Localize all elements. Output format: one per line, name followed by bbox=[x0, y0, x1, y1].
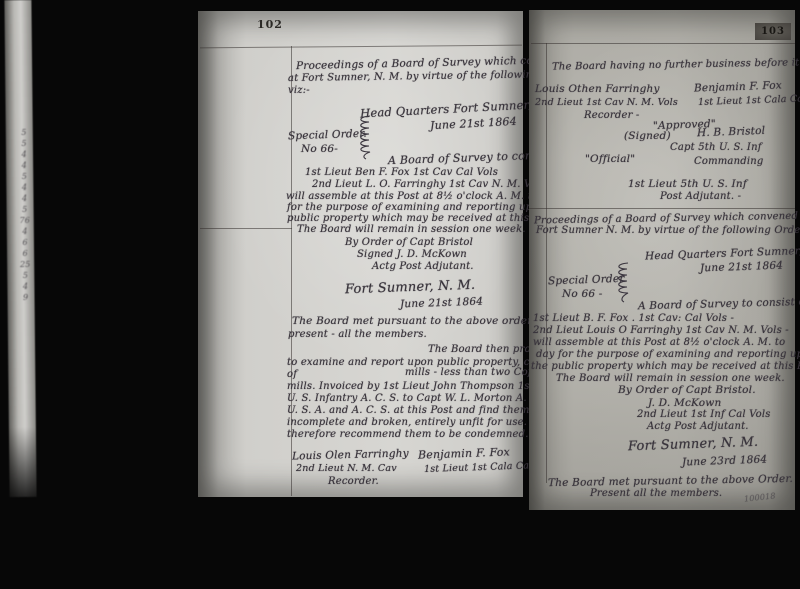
edge-number: 4 bbox=[16, 150, 32, 159]
left-signature-recorder-rank: 2nd Lieut N. M. Cav bbox=[296, 463, 397, 474]
edge-number: 76 bbox=[17, 216, 33, 225]
left-proceed-line: U. S. A. and A. C. S. at this Post and f… bbox=[287, 405, 559, 416]
edge-number: 5 bbox=[17, 271, 33, 280]
right-met-line: Present all the members. bbox=[590, 488, 722, 499]
right-by-order-adjutant: Actg Post Adjutant. bbox=[647, 421, 749, 432]
section-divider-right bbox=[529, 208, 795, 209]
right-by-order-signed: J. D. McKown bbox=[648, 397, 721, 409]
right-order-line: day for the purpose of examining and rep… bbox=[536, 349, 800, 360]
edge-number: 4 bbox=[17, 227, 33, 236]
flourish-coil bbox=[356, 113, 374, 161]
left-order-number: No 66- bbox=[301, 143, 338, 155]
right-order-number: No 66 - bbox=[562, 288, 603, 300]
left-opening-line: viz:- bbox=[288, 85, 310, 96]
previous-page-edge: 5 5 4 4 5 4 4 5 76 4 6 6 25 5 4 9 bbox=[4, 0, 36, 497]
right-by-order: By Order of Capt Bristol. bbox=[618, 384, 756, 396]
left-proceed-line: therefore recommend them to be condemned… bbox=[287, 429, 536, 440]
right-adjutant-title: Post Adjutant. - bbox=[660, 191, 741, 202]
edge-number: 4 bbox=[16, 183, 32, 192]
left-by-order-signed: Signed J. D. McKown bbox=[357, 249, 467, 260]
page-number-103: 103 bbox=[761, 26, 785, 37]
left-met-line: The Board met pursuant to the above orde… bbox=[292, 315, 532, 327]
right-adjutant-rank: 1st Lieut 5th U. S. Inf bbox=[628, 178, 747, 190]
edge-number: 4 bbox=[17, 282, 33, 291]
right-order-line: 1st Lieut B. F. Fox . 1st Cav: Cal Vols … bbox=[533, 313, 734, 324]
right-commanding-label: Commanding bbox=[694, 156, 763, 167]
right-order-line: the public property which may be receive… bbox=[531, 361, 800, 372]
left-met-line: present - all the members. bbox=[288, 329, 427, 340]
margin-rule-right bbox=[546, 43, 547, 483]
left-order-line: for the purpose of examining and reporti… bbox=[287, 202, 565, 213]
left-signature-recorder-title: Recorder. bbox=[328, 476, 379, 487]
edge-number: 4 bbox=[16, 161, 32, 170]
microfilm-frame: 5 5 4 4 5 4 4 5 76 4 6 6 25 5 4 9 102 Pr… bbox=[0, 0, 800, 589]
left-proceed-line: U. S. Infantry A. C. S. to Capt W. L. Mo… bbox=[287, 393, 559, 404]
edge-number: 6 bbox=[17, 249, 33, 258]
left-proceed-line: mills - less than two Coffee bbox=[405, 367, 548, 378]
edge-number: 6 bbox=[17, 238, 33, 247]
page-number-102: 102 bbox=[257, 18, 283, 31]
margin-section-rule-left bbox=[200, 228, 292, 229]
left-by-order-adjutant: Actg Post Adjutant. bbox=[372, 261, 474, 272]
right-signature-recorder-rank: 2nd Lieut 1st Cav N. M. Vols bbox=[535, 97, 678, 108]
right-order-line: 2nd Lieut Louis O Farringhy 1st Cav N. M… bbox=[533, 325, 789, 336]
right-bristol-signature: H. B. Bristol bbox=[697, 125, 766, 139]
right-signature-recorder-title: Recorder - bbox=[584, 110, 640, 121]
right-opening-line: Fort Sumner N. M. by virtue of the follo… bbox=[536, 225, 800, 236]
edge-number: 5 bbox=[16, 128, 32, 137]
edge-number: 25 bbox=[17, 260, 33, 269]
right-order-line: The Board will remain in session one wee… bbox=[556, 373, 785, 384]
left-proceed-line: mills. Invoiced by 1st Lieut John Thomps… bbox=[287, 381, 534, 392]
edge-number: 5 bbox=[16, 172, 32, 181]
edge-number: 5 bbox=[17, 205, 33, 214]
right-by-order-rank: 2nd Lieut 1st Inf Cal Vols bbox=[637, 409, 771, 420]
left-proceed-line: of bbox=[287, 369, 297, 380]
edge-number: 5 bbox=[16, 139, 32, 148]
left-by-order: By Order of Capt Bristol bbox=[345, 237, 473, 248]
left-order-line: will assemble at this Post at 8½ o'clock… bbox=[286, 191, 560, 202]
right-signature-recorder-name: Louis Othen Farringhy bbox=[535, 83, 660, 95]
left-order-line: The Board will remain in session one wee… bbox=[297, 224, 526, 235]
edge-number: 9 bbox=[17, 293, 33, 302]
left-order-line: 1st Lieut Ben F. Fox 1st Cav Cal Vols bbox=[305, 167, 498, 178]
right-official-label: "Official" bbox=[585, 153, 635, 165]
left-order-line: 2nd Lieut L. O. Farringhy 1st Cav N. M. … bbox=[312, 179, 546, 190]
edge-number: 4 bbox=[16, 194, 32, 203]
left-order-line: public property which may be received at… bbox=[287, 213, 558, 224]
flourish-coil bbox=[614, 260, 632, 304]
page-number-103-stamp: 103 bbox=[755, 23, 791, 40]
right-bristol-rank: Capt 5th U. S. Inf bbox=[670, 142, 762, 153]
right-order-line: will assemble at this Post at 8½ o'clock… bbox=[533, 337, 785, 348]
right-signed-label: (Signed) bbox=[624, 130, 671, 142]
top-rule-right bbox=[531, 43, 795, 44]
